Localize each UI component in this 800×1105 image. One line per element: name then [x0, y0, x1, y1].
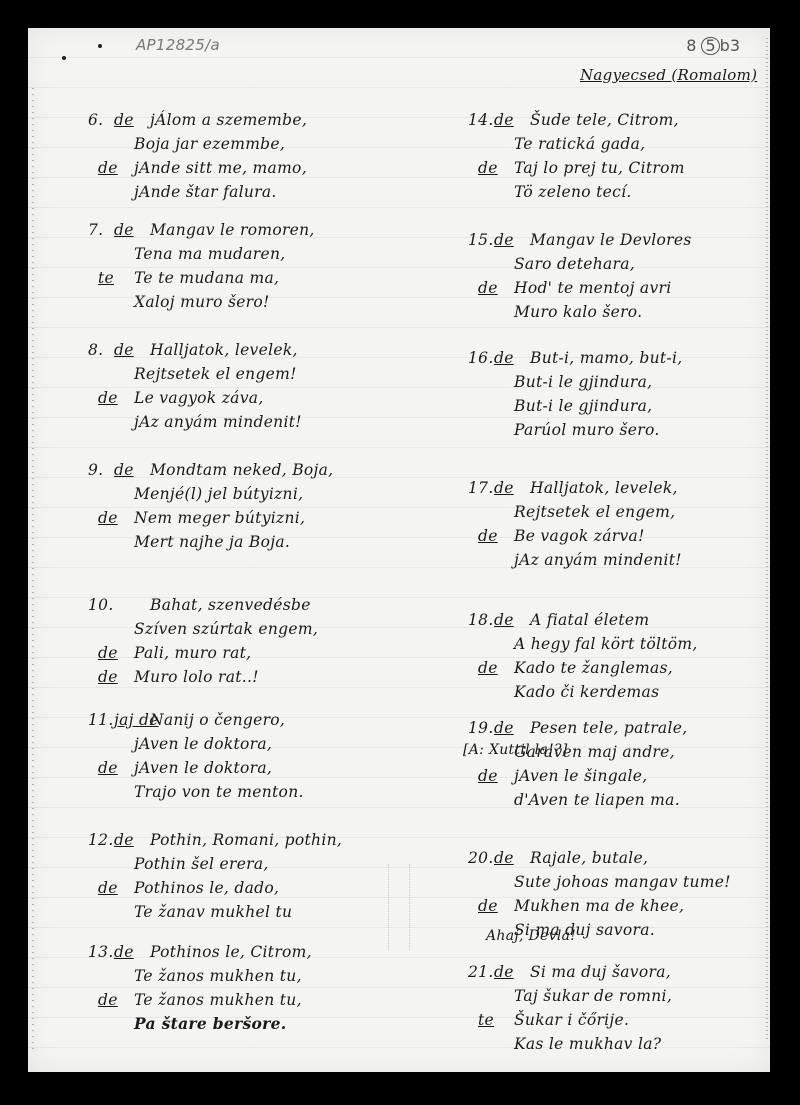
verse-line: deMondtam neked, Boja,	[88, 458, 428, 482]
refrain-prefix: de	[114, 108, 134, 132]
stanza-21: 21.deSi ma duj šavora,Taj šukar de romni…	[468, 960, 800, 1056]
verse-text: Te žanav mukhel tu	[134, 903, 292, 921]
verse-line: Bahat, szenvedésbe	[88, 593, 428, 617]
verse-text: Rejtsetek el engem,	[514, 503, 675, 521]
ink-spot	[62, 56, 66, 60]
refrain-prefix: te	[98, 266, 114, 290]
verse-text: Šude tele, Citrom,	[530, 111, 679, 129]
verse-text: jAven le doktora,	[134, 759, 272, 777]
verse-line: Tena ma mudaren,	[88, 242, 428, 266]
verse-line: deSi ma duj šavora,	[468, 960, 800, 984]
verse-text: Mukhen ma de khee,	[514, 897, 684, 915]
stanza-11: 11.jaj deNanij o čengero,jAven le doktor…	[88, 708, 428, 804]
refrain-prefix: de	[478, 156, 498, 180]
verse-line: Sute johoas mangav tume!	[468, 870, 800, 894]
refrain-prefix: de	[98, 756, 118, 780]
verse-line: Taj šukar de romni,	[468, 984, 800, 1008]
stanza-7: 7.deMangav le romoren,Tena ma mudaren,te…	[88, 218, 428, 314]
verse-line: deMuro lolo rat..!	[88, 665, 428, 689]
verse-line: But-i le gjindura,	[468, 394, 800, 418]
verse-text: Bahat, szenvedésbe	[150, 596, 311, 614]
refrain-prefix: de	[478, 276, 498, 300]
verse-text: Te žanos mukhen tu,	[134, 991, 302, 1009]
verse-text: Mert najhe ja Boja.	[134, 533, 290, 551]
page-reference: 8 5b3	[686, 36, 740, 55]
verse-line: Pothin šel erera,	[88, 852, 428, 876]
verse-text: Taj lo prej tu, Citrom	[514, 159, 685, 177]
verse-text: jAnde štar falura.	[134, 183, 277, 201]
refrain-prefix: de	[98, 506, 118, 530]
verse-line: Boja jar ezemmbe,	[88, 132, 428, 156]
page-ref-prefix: 8	[686, 36, 696, 55]
verse-line: dePothinos le, Citrom,	[88, 940, 428, 964]
verse-line: deA fiatal életem	[468, 608, 800, 632]
verse-line: dePali, muro rat,	[88, 641, 428, 665]
verse-text: Mangav le romoren,	[150, 221, 315, 239]
stanza-12: 12.dePothin, Romani, pothin,Pothin šel e…	[88, 828, 428, 924]
verse-text: Pali, muro rat,	[134, 644, 251, 662]
verse-line: Muro kalo šero.	[468, 300, 800, 324]
verse-text: Šukar i čőrije.	[514, 1011, 629, 1029]
refrain-prefix: de	[114, 940, 134, 964]
verse-line: Mert najhe ja Boja.	[88, 530, 428, 554]
verse-line: teTe te mudana ma,	[88, 266, 428, 290]
verse-text: Kas le mukhav la?	[514, 1035, 661, 1053]
verse-text: jAven le šingale,	[514, 767, 647, 785]
recording-place: Nagyecsed (Romalom)	[580, 66, 757, 84]
refrain-prefix: de	[114, 828, 134, 852]
refrain-prefix: de	[494, 960, 514, 984]
verse-line: dejAven le šingale,	[468, 764, 800, 788]
verse-text: Boja jar ezemmbe,	[134, 135, 285, 153]
verse-line: Parúol muro šero.	[468, 418, 800, 442]
verse-text: Nanij o čengero,	[150, 711, 285, 729]
stanza-17: 17.deHalljatok, levelek,Rejtsetek el eng…	[468, 476, 800, 572]
verse-text: Pothin, Romani, pothin,	[150, 831, 342, 849]
verse-text: Trajo von te menton.	[134, 783, 304, 801]
refrain-prefix: de	[494, 608, 514, 632]
refrain-prefix: de	[98, 876, 118, 900]
verse-text: Mondtam neked, Boja,	[150, 461, 333, 479]
verse-text: jAven le doktora,	[134, 735, 272, 753]
refrain-prefix: de	[494, 346, 514, 370]
verse-text: But-i le gjindura,	[514, 397, 652, 415]
verse-line: Kado či kerdemas	[468, 680, 800, 704]
verse-text: Kado te žanglemas,	[514, 659, 673, 677]
stanza-8: 8.deHalljatok, levelek,Rejtsetek el enge…	[88, 338, 428, 434]
verse-text: Menjé(l) jel bútyizni,	[134, 485, 303, 503]
refrain-prefix: de	[494, 716, 514, 740]
verse-text: Muro kalo šero.	[514, 303, 642, 321]
stanza-13: 13.dePothinos le, Citrom,Te žanos mukhen…	[88, 940, 428, 1036]
refrain-prefix: de	[478, 764, 498, 788]
archive-id: AP12825/a	[136, 36, 220, 54]
verse-text: Halljatok, levelek,	[150, 341, 298, 359]
verse-text: Saro detehara,	[514, 255, 635, 273]
verse-line: dePothinos le, dado,	[88, 876, 428, 900]
verse-line: teŠukar i čőrije.	[468, 1008, 800, 1032]
left-margin-perforation	[32, 88, 34, 1052]
verse-text: Xaloj muro šero!	[134, 293, 270, 311]
verse-line: deHalljatok, levelek,	[468, 476, 800, 500]
verse-line: deLe vagyok záva,	[88, 386, 428, 410]
verse-text: Pothinos le, Citrom,	[150, 943, 312, 961]
verse-line: deMukhen ma de khee,	[468, 894, 800, 918]
verse-text: Tena ma mudaren,	[134, 245, 285, 263]
verse-text: d'Aven te liapen ma.	[514, 791, 680, 809]
verse-text: Te ratická gada,	[514, 135, 645, 153]
verse-line: Te žanav mukhel tu	[88, 900, 428, 924]
verse-text: Pothin šel erera,	[134, 855, 269, 873]
verse-line: deRajale, butale,	[468, 846, 800, 870]
refrain-prefix: de	[98, 665, 118, 689]
verse-line: Rejtsetek el engem!	[88, 362, 428, 386]
stanza-16: 16.deBut-i, mamo, but-i,But-i le gjindur…	[468, 346, 800, 442]
stanza-9: 9.deMondtam neked, Boja,Menjé(l) jel bút…	[88, 458, 428, 554]
verse-text: A hegy fal kört töltöm,	[514, 635, 698, 653]
verse-line: deTe žanos mukhen tu,	[88, 988, 428, 1012]
verse-text: Te te mudana ma,	[134, 269, 279, 287]
verse-line: Rejtsetek el engem,	[468, 500, 800, 524]
refrain-prefix: de	[478, 524, 498, 548]
stanza-14: 14.deŠude tele, Citrom,Te ratická gada,d…	[468, 108, 800, 204]
verse-line: deBut-i, mamo, but-i,	[468, 346, 800, 370]
verse-line: deHod' te mentoj avri	[468, 276, 800, 300]
verse-text: Rejtsetek el engem!	[134, 365, 297, 383]
verse-line: Trajo von te menton.	[88, 780, 428, 804]
verse-line: Kas le mukhav la?	[468, 1032, 800, 1056]
verse-line: jAnde štar falura.	[88, 180, 428, 204]
verse-text: Be vagok zárva!	[514, 527, 645, 545]
verse-text: jAnde sitt me, mamo,	[134, 159, 307, 177]
refrain-prefix: de	[494, 846, 514, 870]
stanza-19: 19.dePesen tele, patrale,Garaven maj and…	[468, 716, 800, 812]
verse-text: Szíven szúrtak engem,	[134, 620, 318, 638]
margin-scribble	[388, 864, 410, 950]
verse-line: deKado te žanglemas,	[468, 656, 800, 680]
refrain-prefix: de	[114, 458, 134, 482]
verse-line: Nanij o čengero,	[88, 708, 428, 732]
verse-text: jAz anyám mindenit!	[134, 413, 302, 431]
verse-line: Xaloj muro šero!	[88, 290, 428, 314]
refrain-prefix: de	[98, 386, 118, 410]
refrain-prefix: de	[494, 228, 514, 252]
verse-line: dePothin, Romani, pothin,	[88, 828, 428, 852]
refrain-prefix: te	[478, 1008, 494, 1032]
stanza-15: 15.deMangav le DevloresSaro detehara,deH…	[468, 228, 800, 324]
stanza-18: 18.deA fiatal életemA hegy fal kört tölt…	[468, 608, 800, 704]
ink-spot	[98, 44, 102, 48]
verse-line: deNem meger bútyizni,	[88, 506, 428, 530]
refrain-prefix: de	[494, 108, 514, 132]
verse-line: Tö zeleno tecí.	[468, 180, 800, 204]
verse-text: But-i le gjindura,	[514, 373, 652, 391]
verse-line: Saro detehara,	[468, 252, 800, 276]
refrain-prefix: de	[478, 894, 498, 918]
stanza-10: 10.Bahat, szenvedésbeSzíven szúrtak enge…	[88, 593, 428, 689]
stanza-6: 6.dejÁlom a szemembe,Boja jar ezemmbe,de…	[88, 108, 428, 204]
verse-text: A fiatal életem	[530, 611, 649, 629]
verse-line: deTaj lo prej tu, Citrom	[468, 156, 800, 180]
verse-text: Nem meger bútyizni,	[134, 509, 305, 527]
verse-text: Pesen tele, patrale,	[530, 719, 687, 737]
verse-line: deMangav le Devlores	[468, 228, 800, 252]
verse-line: jAven le doktora,	[88, 732, 428, 756]
verse-text: jAz anyám mindenit!	[514, 551, 682, 569]
verse-text: Te žanos mukhen tu,	[134, 967, 302, 985]
refrain-prefix: de	[98, 156, 118, 180]
verse-line: deHalljatok, levelek,	[88, 338, 428, 362]
verse-line: But-i le gjindura,	[468, 370, 800, 394]
verse-line: jAz anyám mindenit!	[468, 548, 800, 572]
refrain-prefix: de	[114, 218, 134, 242]
verse-text: Halljatok, levelek,	[530, 479, 678, 497]
verse-line: dejÁlom a szemembe,	[88, 108, 428, 132]
verse-text: Pa štare beršore.	[134, 1014, 287, 1033]
refrain-prefix: de	[114, 338, 134, 362]
verse-text: Muro lolo rat..!	[134, 668, 259, 686]
verse-line: A hegy fal kört töltöm,	[468, 632, 800, 656]
refrain-prefix: de	[98, 641, 118, 665]
verse-line: deŠude tele, Citrom,	[468, 108, 800, 132]
verse-text: Si ma duj šavora,	[530, 963, 671, 981]
verse-text: Pothinos le, dado,	[134, 879, 279, 897]
verse-text: But-i, mamo, but-i,	[530, 349, 682, 367]
verse-text: jÁlom a szemembe,	[150, 111, 307, 129]
verse-line: Szíven szúrtak engem,	[88, 617, 428, 641]
verse-line: dePesen tele, patrale,	[468, 716, 800, 740]
verse-text: Le vagyok záva,	[134, 389, 264, 407]
manuscript-page: AP12825/a 8 5b3 Nagyecsed (Romalom) 6.de…	[28, 28, 770, 1072]
verse-line: jAz anyám mindenit!	[88, 410, 428, 434]
verse-line: dejAven le doktora,	[88, 756, 428, 780]
verse-text: Hod' te mentoj avri	[514, 279, 672, 297]
verse-line: Pa štare beršore.	[88, 1012, 428, 1036]
page-ref-circled: 5	[701, 37, 719, 55]
verse-line: deMangav le romoren,	[88, 218, 428, 242]
verse-text: Tö zeleno tecí.	[514, 183, 632, 201]
verse-line: Te žanos mukhen tu,	[88, 964, 428, 988]
verse-line: d'Aven te liapen ma.	[468, 788, 800, 812]
verse-line: deBe vagok zárva!	[468, 524, 800, 548]
refrain-prefix: de	[494, 476, 514, 500]
verse-text: Rajale, butale,	[530, 849, 648, 867]
stanza-19-bracket-note: [A: Xuttil la!?]	[463, 742, 568, 758]
stanza-21-interjection: Ahaj, Devla!	[486, 928, 576, 944]
verse-text: Sute johoas mangav tume!	[514, 873, 731, 891]
refrain-prefix: de	[98, 988, 118, 1012]
verse-text: Kado či kerdemas	[514, 683, 659, 701]
verse-line: Menjé(l) jel bútyizni,	[88, 482, 428, 506]
verse-text: Mangav le Devlores	[530, 231, 692, 249]
verse-text: Parúol muro šero.	[514, 421, 660, 439]
verse-text: Taj šukar de romni,	[514, 987, 672, 1005]
verse-line: dejAnde sitt me, mamo,	[88, 156, 428, 180]
verse-line: Te ratická gada,	[468, 132, 800, 156]
page-ref-suffix: b3	[720, 36, 740, 55]
refrain-prefix: de	[478, 656, 498, 680]
